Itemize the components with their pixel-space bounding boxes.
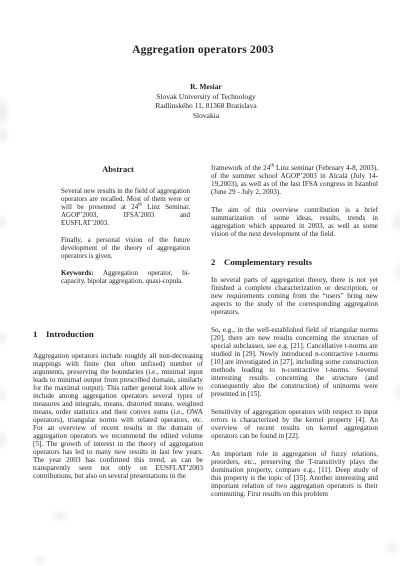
author-block: R. Mesiar Slovak University of Technolog… bbox=[12, 82, 400, 120]
body-paragraph: Aggregation operators include roughly al… bbox=[33, 352, 203, 480]
left-column: Abstract Several new results in the fiel… bbox=[33, 164, 203, 508]
affiliation-line: Slovakia bbox=[12, 111, 400, 121]
abstract-heading: Abstract bbox=[33, 164, 203, 174]
section-number: 1 bbox=[33, 329, 46, 340]
section-heading-complementary-results: 2Complementary results bbox=[211, 257, 378, 268]
body-paragraph: framework of the 24th Linz seminar (Febr… bbox=[211, 164, 378, 196]
paper-page: Aggregation operators 2003 R. Mesiar Slo… bbox=[0, 0, 400, 566]
abstract-block: Several new results in the field of aggr… bbox=[33, 187, 203, 285]
abstract-paragraph: Finally, a personal vision of the future… bbox=[61, 236, 190, 260]
keywords-paragraph: Keywords: Aggregation operator, bi-capac… bbox=[61, 269, 190, 285]
section-title: Introduction bbox=[46, 329, 94, 339]
right-column: framework of the 24th Linz seminar (Febr… bbox=[211, 164, 378, 508]
two-column-body: Abstract Several new results in the fiel… bbox=[33, 164, 378, 508]
author-name: R. Mesiar bbox=[12, 82, 400, 92]
abstract-paragraph: Several new results in the field of aggr… bbox=[61, 187, 190, 227]
keywords-label: Keywords: bbox=[61, 269, 94, 277]
body-paragraph: Sensitivity of aggregation operators wit… bbox=[211, 408, 378, 440]
body-paragraph: The aim of this overview contribution is… bbox=[211, 206, 378, 238]
paper-content: Aggregation operators 2003 R. Mesiar Slo… bbox=[0, 44, 400, 508]
body-paragraph: So, e.g., in the well-established field … bbox=[211, 326, 378, 398]
body-text: framework of the 24 bbox=[211, 164, 270, 172]
section-heading-introduction: 1Introduction bbox=[33, 329, 203, 340]
paper-title: Aggregation operators 2003 bbox=[12, 44, 394, 57]
section-title: Complementary results bbox=[224, 257, 312, 267]
section-number: 2 bbox=[211, 257, 224, 268]
affiliation-line: Slovak University of Technology bbox=[12, 92, 400, 102]
body-paragraph: In several parts of aggregation theory, … bbox=[211, 276, 378, 316]
affiliation-line: Radlinského 11, 81368 Bratislava bbox=[12, 101, 400, 111]
body-paragraph: An important role in aggregation of fuzz… bbox=[211, 450, 378, 498]
